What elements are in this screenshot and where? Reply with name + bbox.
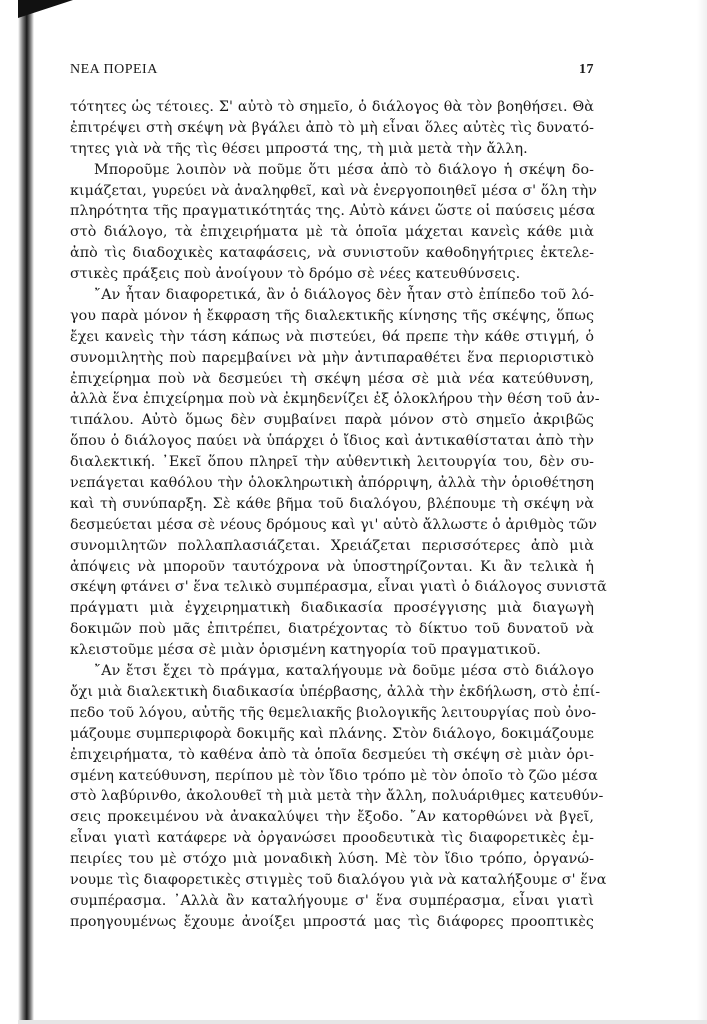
running-head-title: ΝΕΑ ΠΟΡΕΙΑ [70,62,158,78]
text-line: σμένη κατεύθυνση, περίπου μὲ τὸν ἴδιο τρ… [70,766,594,787]
paragraph: ῎Αν ἦταν διαφορετικά, ἂν ὁ διάλογος δὲν … [70,285,594,661]
text-line: συνομιλητῶν πολλαπλασιάζεται. Χρειάζεται… [70,536,594,557]
text-line: τότητες ὡς τέτοιες. Σ' αὐτὸ τὸ σημεῖο, ὁ… [70,97,594,118]
text-line: πράγματι μιὰ ἐγχειρηματικὴ διαδικασία πρ… [70,598,594,619]
text-line: ἐπιχειρήματα, τὸ καθένα ἀπὸ τὰ ὁποῖα δεσ… [70,745,594,766]
text-line: στὸ διάλογο, τὰ ἐπιχειρήματα μὲ τὰ ὁποῖα… [70,222,594,243]
text-line: μάζουμε συμπεριφορὰ δοκιμῆς καὶ πλάνης. … [70,724,594,745]
text-line: στικὲς πράξεις ποὺ ἀνοίγουν τὸ δρόμο σὲ … [70,264,594,285]
text-line: νουμε τὶς διαφορετικὲς στιγμὲς τοῦ διαλό… [70,870,594,891]
paragraph: ῎Αν ἔτσι ἔχει τὸ πράγμα, καταλήγουμε νὰ … [70,661,594,933]
paragraph: τότητες ὡς τέτοιες. Σ' αὐτὸ τὸ σημεῖο, ὁ… [70,97,594,160]
text-line: νεπάγεται καθόλου τὴν ὁλοκληρωτικὴ ἀπόρρ… [70,473,594,494]
text-line: τητες γιὰ νὰ τῆς τὶς θέσει μπροστά της, … [70,139,594,160]
text-line: πειρίες του μὲ στόχο μιὰ μοναδικὴ λύση. … [70,849,594,870]
text-line: ἀπόψεις νὰ μποροῦν ταυτόχρονα νὰ ὑποστηρ… [70,557,594,578]
text-line: ἀλλὰ ἕνα ἐπιχείρημα ποὺ νὰ ἐκμηδενίζει ἐ… [70,389,594,410]
text-line: ἐπιχείρημα ποὺ νὰ δεσμεύει τὴ σκέψη μέσα… [70,369,594,390]
text-line: συμπέρασμα. ᾿Αλλὰ ἂν καταλήγουμε σ' ἕνα … [70,891,594,912]
paragraph: Μποροῦμε λοιπὸν νὰ ποῦμε ὅτι μέσα ἀπὸ τὸ… [70,160,594,285]
text-line: ἐπιτρέψει στὴ σκέψη νὰ βγάλει ἀπὸ τὸ μὴ … [70,118,594,139]
page-right-edge [697,0,707,1024]
text-line: Μποροῦμε λοιπὸν νὰ ποῦμε ὅτι μέσα ἀπὸ τὸ… [70,160,594,181]
text-line: δεσμεύεται μέσα σὲ νέους δρόμους καὶ γι'… [70,515,594,536]
text-line: γου παρὰ μόνον ἡ ἔκφραση τῆς διαλεκτικῆς… [70,306,594,327]
text-line: τιπάλου. Αὐτὸ ὅμως δὲν συμβαίνει παρὰ μό… [70,410,594,431]
text-line: σεις προκειμένου νὰ ἀνακαλύψει τὴν ἔξοδο… [70,807,594,828]
text-line: δοκιμῶν ποὺ μᾶς ἐπιτρέπει, διατρέχοντας … [70,619,594,640]
page-number: 17 [579,62,594,78]
page-corner-fold [18,0,73,18]
text-line: ῎Αν ἔτσι ἔχει τὸ πράγμα, καταλήγουμε νὰ … [70,661,594,682]
text-line: κιμάζεται, γυρεύει νὰ ἀναληφθεῖ, καὶ νὰ … [70,181,594,202]
text-line: συνομιλητὴς ποὺ παρεμβαίνει νὰ μὴν ἀντιπ… [70,348,594,369]
text-line: ὄχι μιὰ διαλεκτικὴ διαδικασία ὑπέρβασης,… [70,682,594,703]
running-head: ΝΕΑ ΠΟΡΕΙΑ 17 [70,62,570,82]
text-line: ἀπὸ τὶς διαδοχικὲς καταφάσεις, νὰ συνιστ… [70,243,594,264]
text-line: στὸ λαβύρινθο, ἀκολουθεῖ τὴ μιὰ μετὰ τὴν… [70,786,594,807]
text-line: πληρότητα τῆς πραγματικότητάς της. Αὐτὸ … [70,201,594,222]
page-bottom-edge [18,1020,707,1024]
text-line: ἔχει κανεὶς τὴν τάση κάπως νὰ πιστεύει, … [70,327,594,348]
text-line: ῎Αν ἦταν διαφορετικά, ἂν ὁ διάλογος δὲν … [70,285,594,306]
body-text: τότητες ὡς τέτοιες. Σ' αὐτὸ τὸ σημεῖο, ὁ… [70,97,594,933]
text-line: προηγουμένως ἔχουμε ἀνοίξει μπροστά μας … [70,912,594,933]
text-line: ὅπου ὁ διάλογος παύει νὰ ὑπάρχει ὁ ἴδιος… [70,431,594,452]
book-binding-shadow [18,8,34,1024]
text-line: διαλεκτική. ᾿Εκεῖ ὅπου πληρεῖ τὴν αὐθεντ… [70,452,594,473]
text-line: κλειστοῦμε μέσα σὲ μιὰν ὁρισμένη κατηγορ… [70,640,594,661]
text-line: σκέψη φτάνει σ' ἕνα τελικὸ συμπέρασμα, ε… [70,577,594,598]
text-line: καὶ τὴ συνύπαρξη. Σὲ κάθε βῆμα τοῦ διαλό… [70,494,594,515]
text-line: εἶναι γιατὶ κατάφερε νὰ ὀργανώσει προοδε… [70,828,594,849]
text-line: πεδο τοῦ λόγου, αὐτῆς τῆς θεμελιακῆς βιο… [70,703,594,724]
